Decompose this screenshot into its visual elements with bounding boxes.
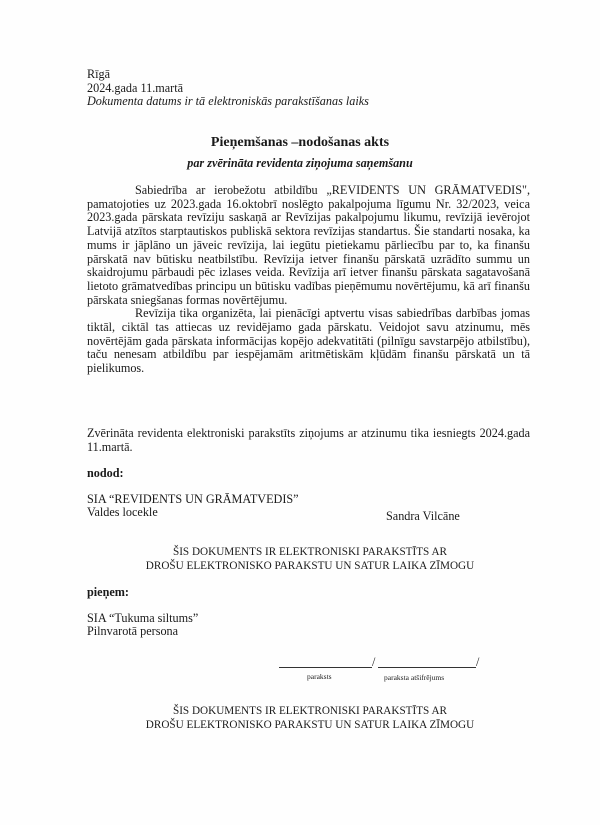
body-paragraph: Sabiedrība ar ierobežotu atbildību „REVI…: [87, 184, 530, 307]
city: Rīgā: [87, 68, 369, 82]
document-title: Pieņemšanas –nodošanas akts: [0, 135, 600, 151]
stamp-line: DROŠU ELEKTRONISKO PARAKSTU UN SATUR LAI…: [0, 560, 600, 574]
handover-label: nodod:: [87, 466, 124, 481]
document-body: Sabiedrība ar ierobežotu atbildību „REVI…: [87, 184, 530, 376]
submitted-statement: Zvērināta revidenta elektroniski parakst…: [87, 427, 530, 454]
stamp-line: ŠIS DOKUMENTS IR ELEKTRONISKI PARAKSTĪTS…: [0, 705, 600, 719]
body-paragraph: Revīzija tika organizēta, lai pienācīgi …: [87, 307, 530, 376]
receive-signature-stamp: ŠIS DOKUMENTS IR ELEKTRONISKI PARAKSTĪTS…: [0, 705, 600, 732]
date-note: Dokumenta datums ir tā elektroniskās par…: [87, 95, 369, 109]
stamp-line: ŠIS DOKUMENTS IR ELEKTRONISKI PARAKSTĪTS…: [0, 546, 600, 560]
receive-role: Pilnvarotā persona: [87, 625, 178, 639]
handover-role: Valdes locekle: [87, 506, 158, 520]
receive-label: pieņem:: [87, 585, 129, 600]
signature-caption: paraksts: [307, 672, 332, 681]
transcript-caption: paraksta atšifrējums: [384, 673, 444, 682]
document-header: Rīgā 2024.gada 11.martā Dokumenta datums…: [87, 68, 369, 109]
signature-transcript-line: [378, 667, 476, 668]
signature-line: [279, 667, 372, 668]
document-date: 2024.gada 11.martā: [87, 82, 369, 96]
document-subtitle: par zvērināta revidenta ziņojuma saņemša…: [0, 156, 600, 171]
handover-signature-stamp: ŠIS DOKUMENTS IR ELEKTRONISKI PARAKSTĪTS…: [0, 546, 600, 573]
handover-signer-name: Sandra Vilcāne: [386, 510, 460, 524]
stamp-line: DROŠU ELEKTRONISKO PARAKSTU UN SATUR LAI…: [0, 719, 600, 733]
separator: /: [476, 656, 479, 670]
document-page: Rīgā 2024.gada 11.martā Dokumenta datums…: [0, 0, 600, 825]
separator: /: [372, 656, 375, 670]
